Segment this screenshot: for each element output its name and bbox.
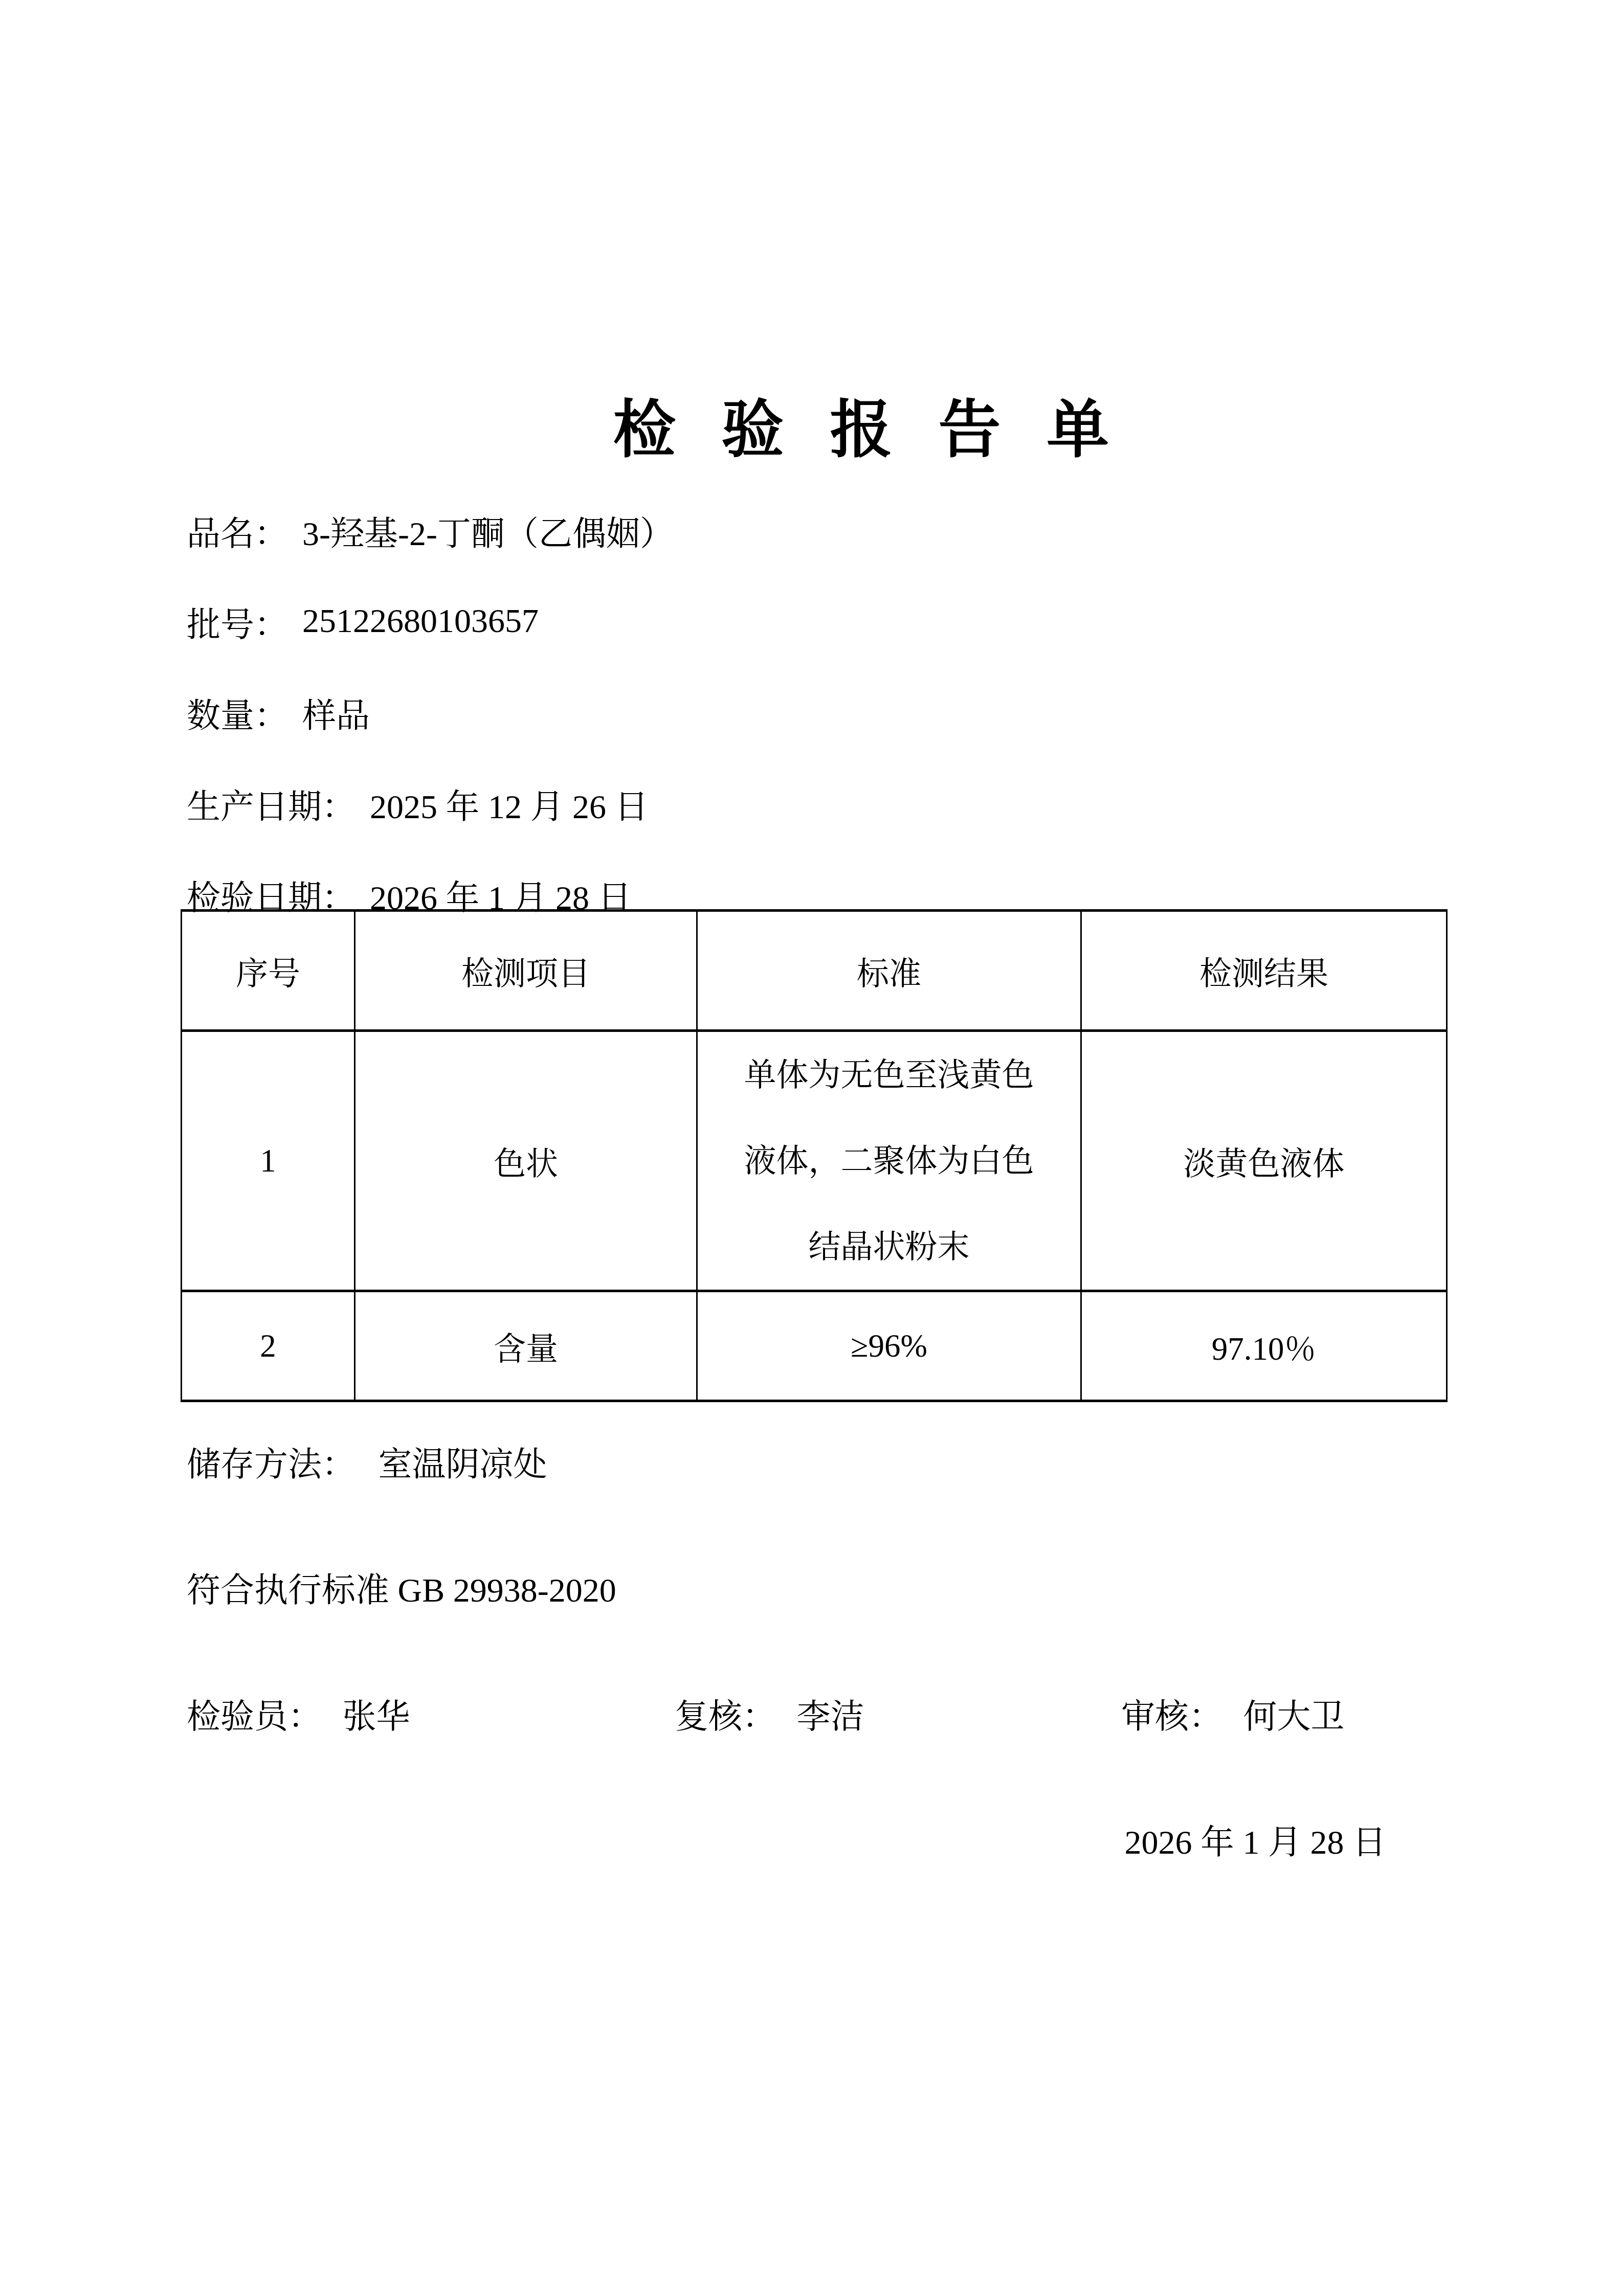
header-cell-test-result: 检测结果 bbox=[1081, 911, 1447, 1031]
header-cell-test-item: 检测项目 bbox=[355, 911, 697, 1031]
quantity-value: 样品 bbox=[302, 688, 370, 737]
info-field-quantity: 数量： 样品 bbox=[187, 667, 674, 758]
cell-test-result: 97.10％ bbox=[1081, 1291, 1447, 1401]
cell-test-item: 含量 bbox=[355, 1291, 697, 1401]
signature-row: 检验员： 张华 复核： 李洁 审核： 何大卫 bbox=[0, 1689, 1624, 1735]
inspection-results-table: 序号 检测项目 标准 检测结果 1 色状 单体为无色至浅黄色 液体，二聚体为白色… bbox=[181, 909, 1448, 1402]
auditor-name: 何大卫 bbox=[1243, 1698, 1345, 1736]
signature-inspector: 检验员： 张华 bbox=[187, 1689, 410, 1738]
cell-test-item: 色状 bbox=[355, 1031, 697, 1291]
cell-serial-number: 2 bbox=[182, 1291, 355, 1401]
cell-test-result: 淡黄色液体 bbox=[1081, 1031, 1447, 1291]
report-date: 2026 年 1 月 28 日 bbox=[1125, 1815, 1387, 1863]
signature-reviewer: 复核： 李洁 bbox=[675, 1689, 864, 1738]
standard-text-line: 单体为无色至浅黄色 bbox=[698, 1032, 1080, 1118]
info-block: 品名： 3-羟基-2-丁酮（乙偶姻） 批号： 25122680103657 数量… bbox=[187, 485, 674, 940]
reviewer-name: 李洁 bbox=[797, 1698, 864, 1736]
product-name-label: 品名： bbox=[187, 506, 288, 555]
table-row: 2 含量 ≥96% 97.10％ bbox=[182, 1291, 1447, 1401]
report-page: 检 验 报 告 单 品名： 3-羟基-2-丁酮（乙偶姻） 批号： 2512268… bbox=[0, 0, 1624, 2296]
production-date-value: 2025 年 12 月 26 日 bbox=[370, 779, 649, 828]
production-date-label: 生产日期： bbox=[187, 779, 355, 828]
auditor-label: 审核： bbox=[1121, 1698, 1222, 1736]
table-header-row: 序号 检测项目 标准 检测结果 bbox=[182, 911, 1447, 1031]
cell-standard: 单体为无色至浅黄色 液体，二聚体为白色 结晶状粉末 bbox=[697, 1031, 1081, 1291]
reviewer-label: 复核： bbox=[675, 1698, 776, 1736]
standard-text-line: 结晶状粉末 bbox=[698, 1204, 1080, 1290]
batch-number-value: 25122680103657 bbox=[302, 602, 539, 641]
quantity-label: 数量： bbox=[187, 688, 288, 737]
cell-standard: ≥96% bbox=[697, 1291, 1081, 1401]
inspector-name: 张华 bbox=[343, 1698, 410, 1736]
batch-number-label: 批号： bbox=[187, 597, 288, 646]
report-title: 检 验 报 告 单 bbox=[56, 379, 1624, 469]
info-field-product-name: 品名： 3-羟基-2-丁酮（乙偶姻） bbox=[187, 485, 674, 576]
product-name-value: 3-羟基-2-丁酮（乙偶姻） bbox=[302, 506, 674, 555]
info-field-batch-number: 批号： 25122680103657 bbox=[187, 576, 674, 667]
info-field-production-date: 生产日期： 2025 年 12 月 26 日 bbox=[187, 758, 674, 849]
compliance-standard-line: 符合执行标准 GB 29938-2020 bbox=[187, 1563, 616, 1611]
storage-method-label: 储存方法： bbox=[187, 1446, 355, 1483]
signature-auditor: 审核： 何大卫 bbox=[1121, 1689, 1345, 1738]
storage-method-line: 储存方法： 室温阴凉处 bbox=[187, 1437, 547, 1485]
standard-text-line: 液体，二聚体为白色 bbox=[698, 1118, 1080, 1204]
storage-method-value: 室温阴凉处 bbox=[379, 1446, 547, 1483]
cell-serial-number: 1 bbox=[182, 1031, 355, 1291]
header-cell-serial-number: 序号 bbox=[182, 911, 355, 1031]
inspector-label: 检验员： bbox=[187, 1698, 322, 1736]
table-row: 1 色状 单体为无色至浅黄色 液体，二聚体为白色 结晶状粉末 淡黄色液体 bbox=[182, 1031, 1447, 1291]
header-cell-standard: 标准 bbox=[697, 911, 1081, 1031]
